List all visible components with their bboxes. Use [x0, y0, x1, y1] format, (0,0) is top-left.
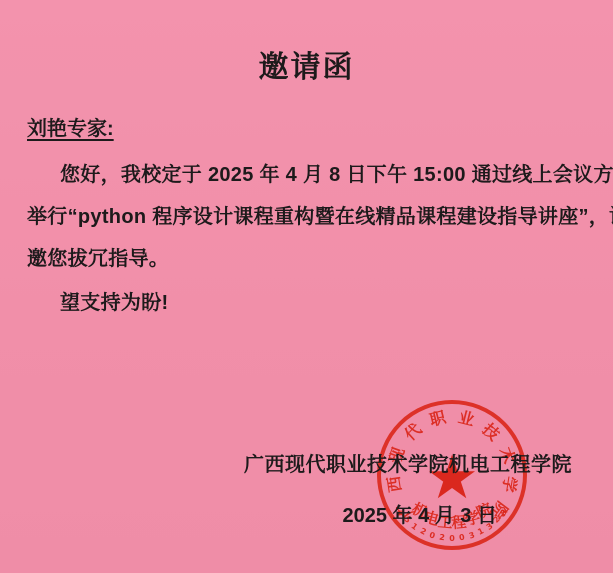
- salutation: 刘艳专家:: [27, 112, 114, 141]
- body-line-2: 举行“python 程序设计课程重构暨在线精品课程建设指导讲座”，诚: [27, 200, 613, 229]
- signature-date: 2025 年 4 月 3 日: [342, 499, 497, 528]
- signature-org-name: 广西现代职业技术学院机电工程学院: [244, 448, 572, 477]
- invitation-letter-page: 邀请函 刘艳专家: 您好，我校定于 2025 年 4 月 8 日下午 15:00…: [0, 0, 613, 573]
- letter-title: 邀请函: [0, 42, 613, 86]
- body-line-1: 您好，我校定于 2025 年 4 月 8 日下午 15:00 通过线上会议方式: [60, 158, 613, 187]
- body-line-4: 望支持为盼!: [60, 286, 168, 315]
- body-line-3: 邀您拔冗指导。: [27, 242, 169, 271]
